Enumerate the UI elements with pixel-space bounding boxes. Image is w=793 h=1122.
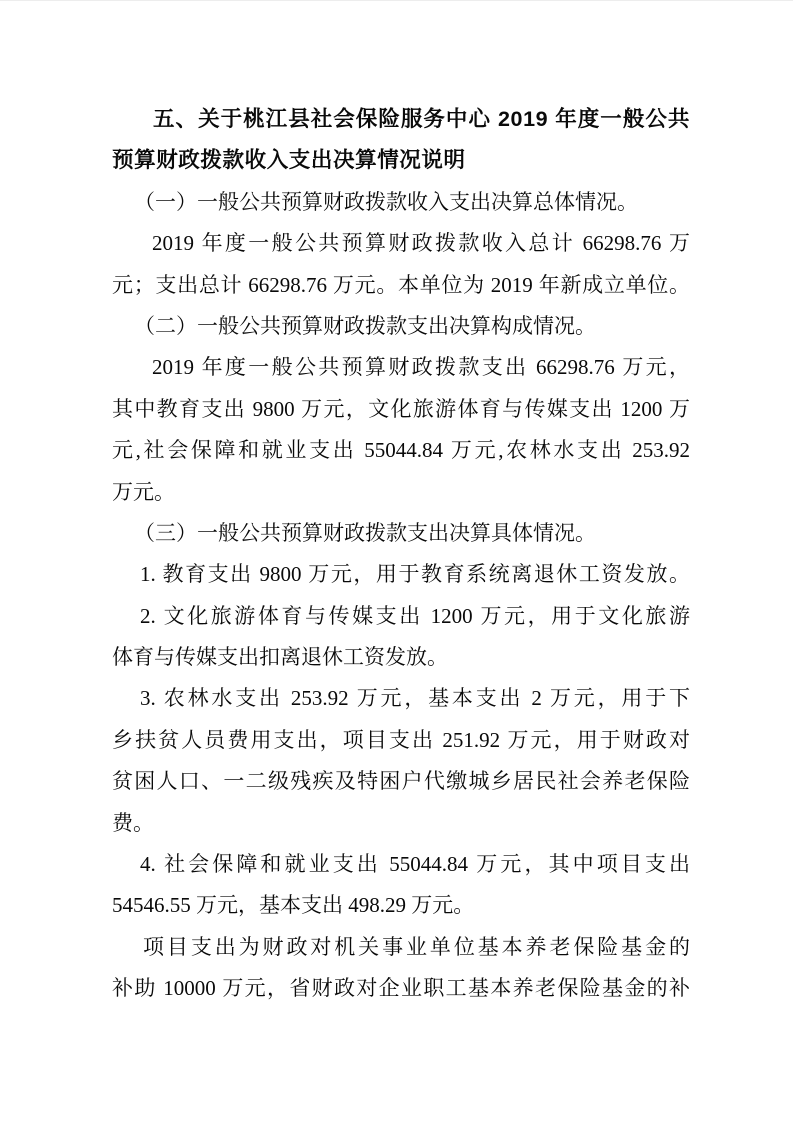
paragraph-line: 费。: [112, 803, 690, 844]
section-2-heading: （二）一般公共预算财政拨款支出决算构成情况。: [112, 306, 690, 347]
paragraph-line: 4. 社会保障和就业支出 55044.84 万元，其中项目支出: [112, 844, 690, 885]
paragraph-line: 万元。: [112, 472, 690, 513]
paragraph-line: 贫困人口、一二级残疾及特困户代缴城乡居民社会养老保险: [112, 761, 690, 802]
document-body: 五、关于桃江县社会保险服务中心 2019 年度一般公共 预算财政拨款收入支出决算…: [112, 99, 690, 1010]
paragraph-line: 1. 教育支出 9800 万元，用于教育系统离退休工资发放。: [112, 554, 690, 595]
paragraph-line: 体育与传媒支出扣离退休工资发放。: [112, 637, 690, 678]
paragraph-line: 2. 文化旅游体育与传媒支出 1200 万元，用于文化旅游: [112, 596, 690, 637]
document-title-line-1: 五、关于桃江县社会保险服务中心 2019 年度一般公共: [112, 99, 690, 140]
paragraph-line: 3. 农林水支出 253.92 万元，基本支出 2 万元，用于下: [112, 678, 690, 719]
paragraph-line: 元,社会保障和就业支出 55044.84 万元,农林水支出 253.92: [112, 430, 690, 471]
document-page: 五、关于桃江县社会保险服务中心 2019 年度一般公共 预算财政拨款收入支出决算…: [0, 0, 793, 1122]
section-3-heading: （三）一般公共预算财政拨款支出决算具体情况。: [112, 513, 690, 554]
paragraph-line: 乡扶贫人员费用支出，项目支出 251.92 万元，用于财政对: [112, 720, 690, 761]
paragraph-line: 补助 10000 万元，省财政对企业职工基本养老保险基金的补: [112, 968, 690, 1009]
paragraph-line: 其中教育支出 9800 万元，文化旅游体育与传媒支出 1200 万: [112, 389, 690, 430]
paragraph-line: 元；支出总计 66298.76 万元。本单位为 2019 年新成立单位。: [112, 265, 690, 306]
paragraph-line: 2019 年度一般公共预算财政拨款支出 66298.76 万元，: [112, 347, 690, 388]
section-1-heading: （一）一般公共预算财政拨款收入支出决算总体情况。: [112, 182, 690, 223]
document-title-line-2: 预算财政拨款收入支出决算情况说明: [112, 140, 690, 181]
paragraph-line: 项目支出为财政对机关事业单位基本养老保险基金的: [112, 927, 690, 968]
paragraph-line: 54546.55 万元，基本支出 498.29 万元。: [112, 885, 690, 926]
paragraph-line: 2019 年度一般公共预算财政拨款收入总计 66298.76 万: [112, 223, 690, 264]
